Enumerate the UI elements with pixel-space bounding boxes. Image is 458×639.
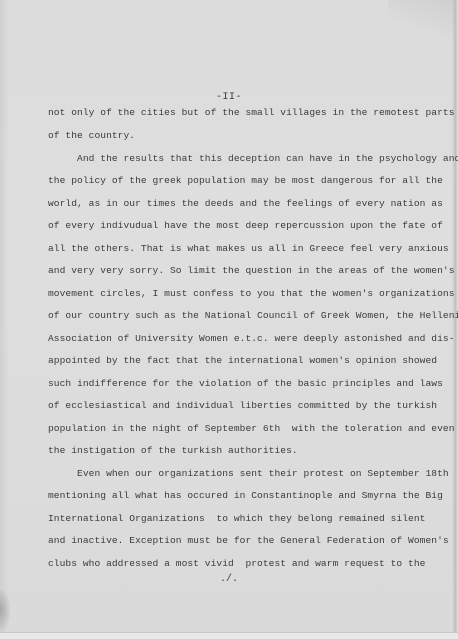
text-line: the instigation of the turkish authoriti… xyxy=(48,445,440,457)
paper-smudge xyxy=(0,590,10,630)
text-line: of every indivudual have the most deep r… xyxy=(48,220,440,232)
text-line: Association of University Women e.t.c. w… xyxy=(48,333,440,345)
text-line: clubs who addressed a most vivid protest… xyxy=(48,558,440,570)
text-line: movement circles, I must confess to you … xyxy=(48,288,440,300)
text-line: International Organizations to which the… xyxy=(48,513,440,525)
text-line: such indifference for the violation of t… xyxy=(48,378,440,390)
document-page: -II- not only of the cities but of the s… xyxy=(0,0,458,639)
text-line: of our country such as the National Coun… xyxy=(48,310,440,322)
page-number: -II- xyxy=(0,92,458,103)
text-line: of the country. xyxy=(48,130,440,142)
text-line: not only of the cities but of the small … xyxy=(48,107,440,119)
paper-fold-shadow xyxy=(388,0,458,40)
text-line: world, as in our times the deeds and the… xyxy=(48,198,440,210)
text-line: and very very sorry. So limit the questi… xyxy=(48,265,440,277)
continuation-mark: ./. xyxy=(0,574,458,585)
text-line: population in the night of September 6th… xyxy=(48,423,440,435)
text-line: all the others. That is what makes us al… xyxy=(48,243,440,255)
text-line: appointed by the fact that the internati… xyxy=(48,355,440,367)
text-line: mentioning all what has occured in Const… xyxy=(48,490,440,502)
text-line: of ecclesiastical and individual liberti… xyxy=(48,400,440,412)
paper-bottom-edge xyxy=(0,632,458,639)
text-line: And the results that this deception can … xyxy=(48,153,440,165)
text-line: and inactive. Exception must be for the … xyxy=(48,535,440,547)
text-line: Even when our organizations sent their p… xyxy=(48,468,440,480)
text-line: the policy of the greek population may b… xyxy=(48,175,440,187)
